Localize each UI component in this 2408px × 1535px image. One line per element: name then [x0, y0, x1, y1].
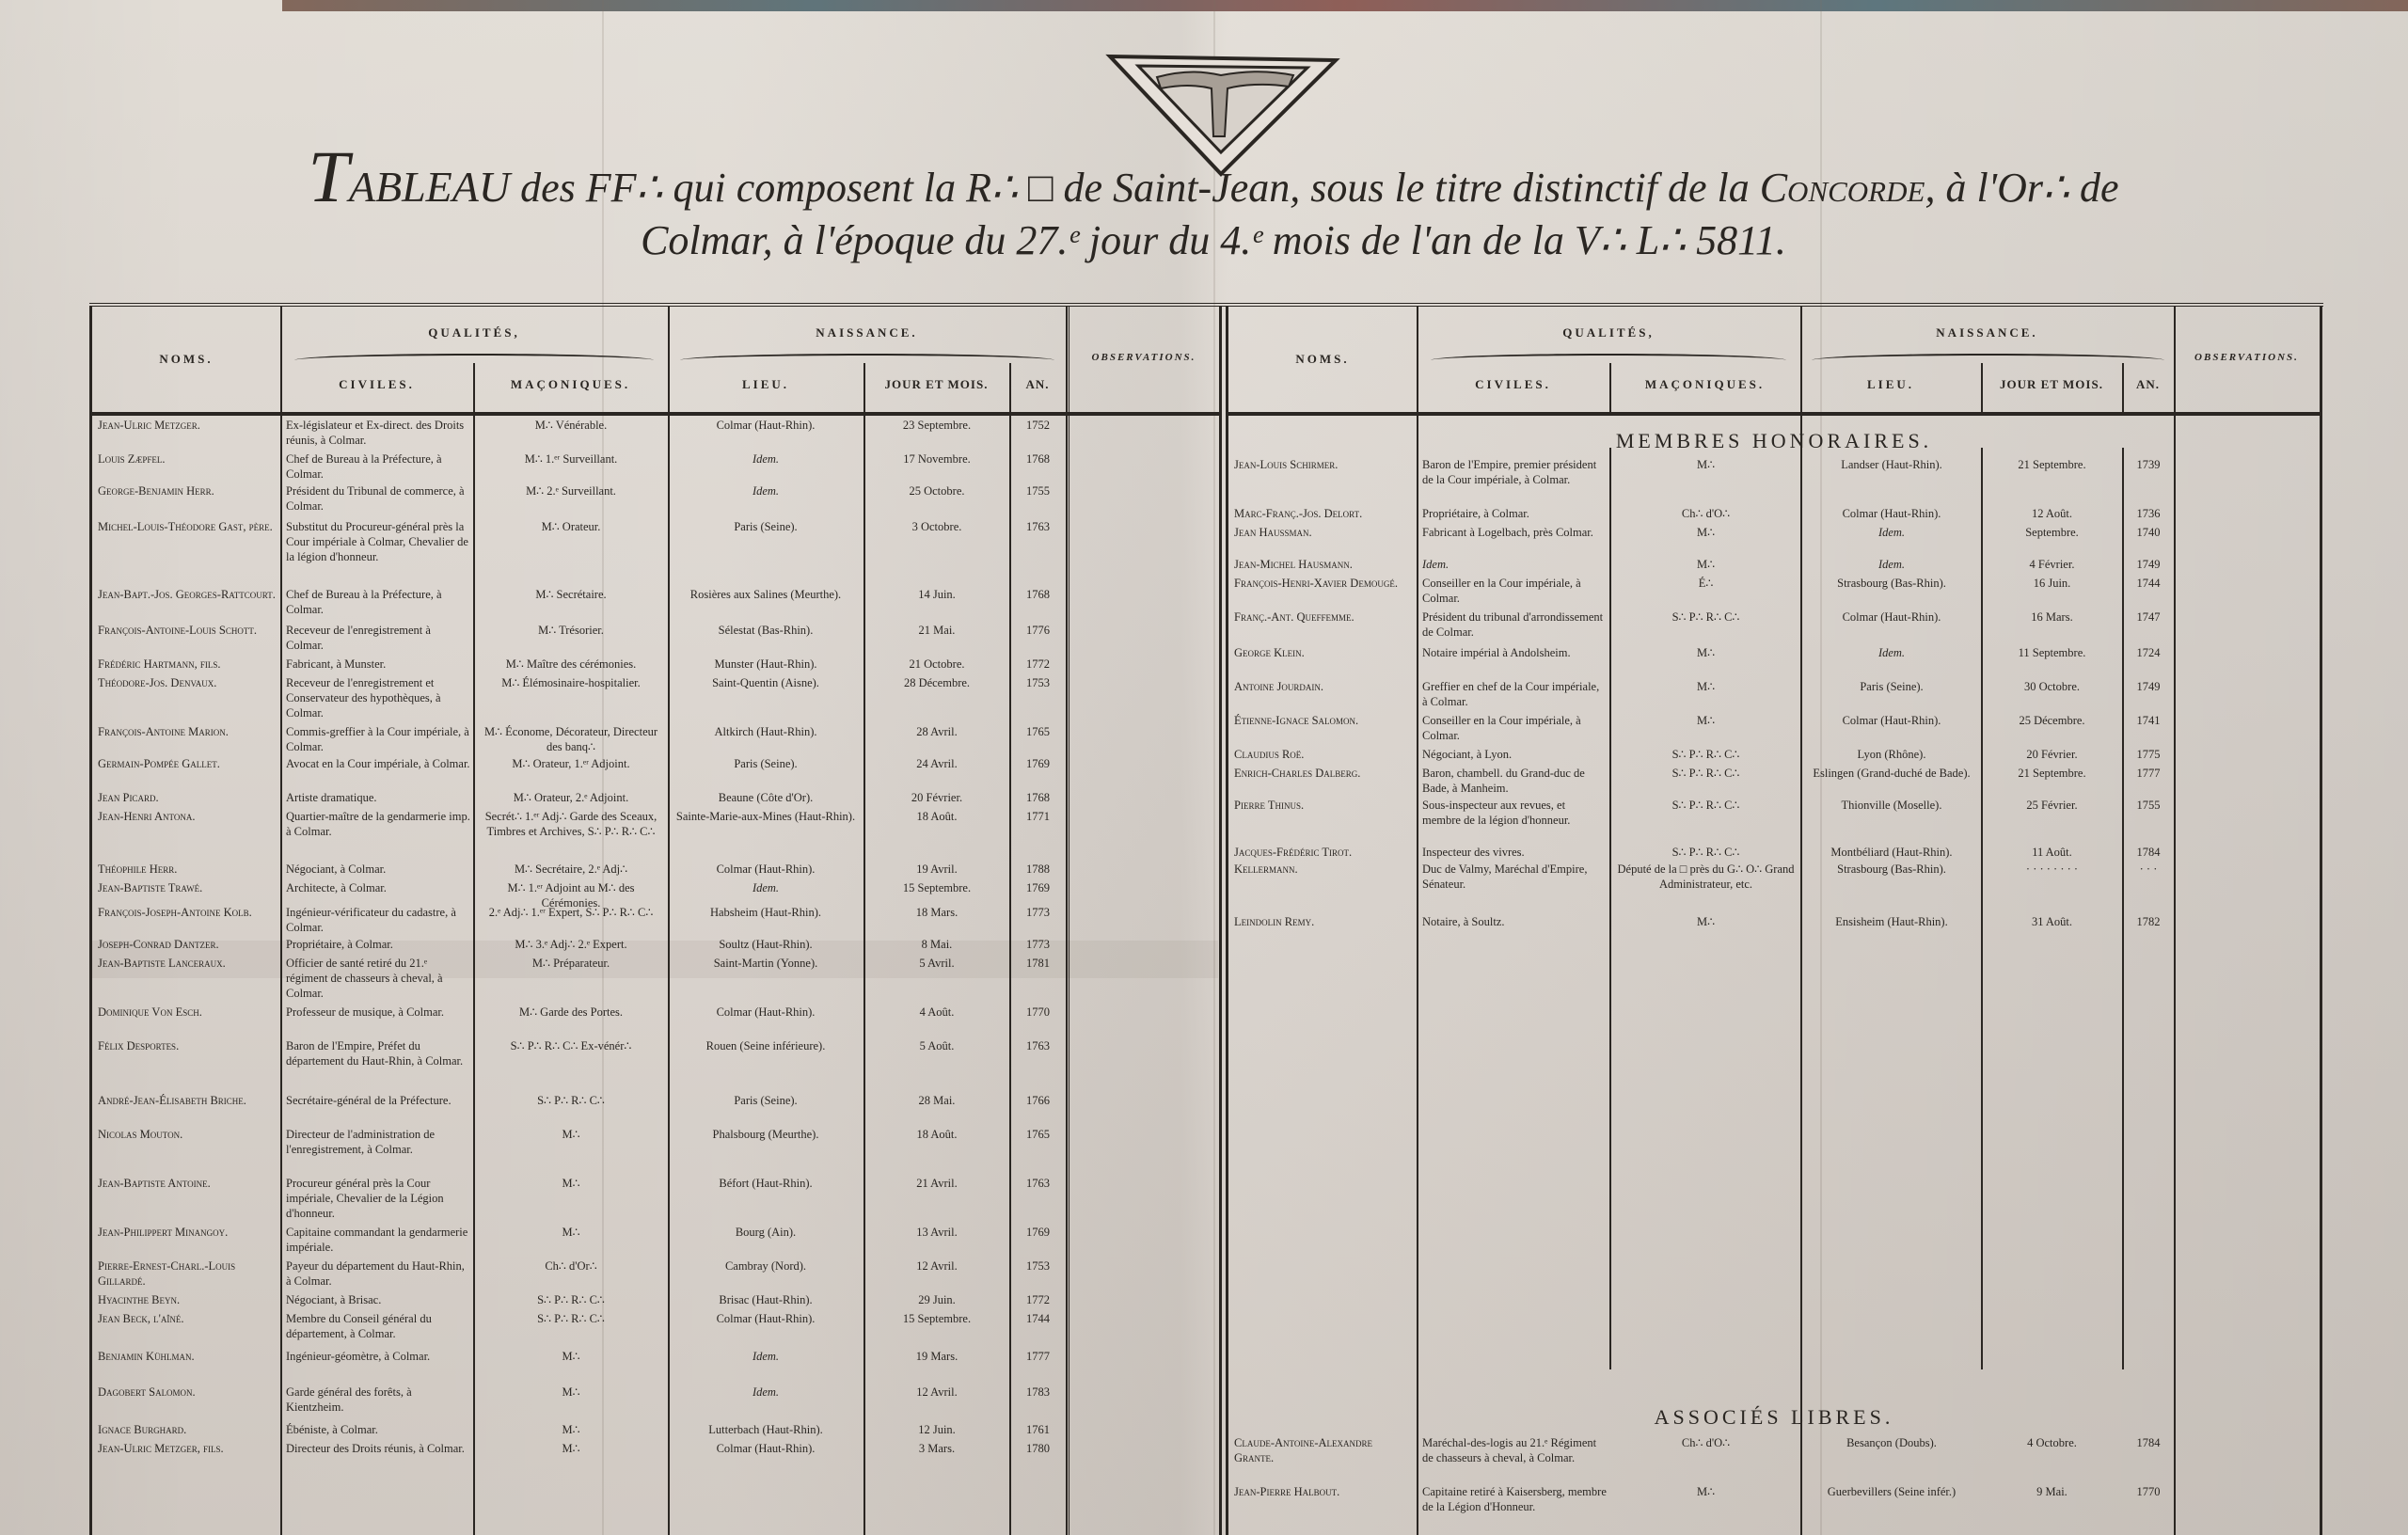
cell-civiles: Membre du Conseil général du département…	[286, 1311, 470, 1341]
cell-civiles: Chef de Bureau à la Préfecture, à Colmar…	[286, 587, 470, 617]
cell-nom: Pierre-Ernest-Charl.-Louis Gillardé.	[98, 1258, 277, 1289]
cell-civiles: Ébéniste, à Colmar.	[286, 1422, 470, 1437]
header-lieu: LIEU.	[1800, 377, 1981, 392]
cell-maconiques: Ch∴ d'O∴	[1614, 1435, 1798, 1450]
cell-jour-mois: 15 Septembre.	[867, 1311, 1006, 1326]
cell-jour-mois: 13 Avril.	[867, 1225, 1006, 1240]
cell-jour-mois: 28 Décembre.	[867, 675, 1006, 690]
cell-lieu: Ensisheim (Haut-Rhin).	[1804, 914, 1979, 929]
cell-jour-mois: 25 Décembre.	[1985, 713, 2119, 728]
cell-an: 1777	[1012, 1349, 1064, 1364]
cell-nom: Marc-Franç.-Jos. Delort.	[1234, 506, 1415, 521]
header-civiles: CIVILES.	[280, 377, 473, 392]
cell-lieu: Landser (Haut-Rhin).	[1804, 457, 1979, 472]
cell-nom: Théophile Herr.	[98, 862, 277, 877]
title-line-2: Colmar, à l'époque du 27.ᵉ jour du 4.ᵉ m…	[94, 214, 2333, 267]
cell-nom: Antoine Jourdain.	[1234, 679, 1415, 694]
cell-maconiques: Député de la □ près du G∴ O∴ Grand Admin…	[1614, 862, 1798, 892]
cell-jour-mois: 18 Août.	[867, 1127, 1006, 1142]
header-naissance: NAISSANCE.	[668, 325, 1066, 340]
cell-jour-mois: 14 Juin.	[867, 587, 1006, 602]
cell-maconiques: M∴ 2.ᵉ Surveillant.	[478, 483, 664, 498]
cell-maconiques: M∴	[1614, 557, 1798, 572]
cell-jour-mois: 3 Octobre.	[867, 519, 1006, 534]
cell-civiles: Propriétaire, à Colmar.	[1422, 506, 1607, 521]
cell-maconiques: M∴ Orateur.	[478, 519, 664, 534]
cell-nom: Jacques-Frédéric Tirot.	[1234, 845, 1415, 860]
cell-nom: Jean-Michel Hausmann.	[1234, 557, 1415, 572]
cell-civiles: Professeur de musique, à Colmar.	[286, 1005, 470, 1020]
cell-an: 1775	[2125, 747, 2172, 762]
cell-jour-mois: 12 Août.	[1985, 506, 2119, 521]
cell-lieu: Colmar (Haut-Rhin).	[1804, 713, 1979, 728]
cell-jour-mois: 19 Mars.	[867, 1349, 1006, 1364]
cell-maconiques: S∴ P∴ R∴ C∴	[1614, 747, 1798, 762]
cell-nom: Enrich-Charles Dalberg.	[1234, 766, 1415, 781]
cell-civiles: Chef de Bureau à la Préfecture, à Colmar…	[286, 451, 470, 482]
table-left-half: NOMS. QUALITÉS, CIVILES. MAÇONIQUES. NAI…	[89, 307, 1222, 1535]
cell-civiles: Receveur de l'enregistrement à Colmar.	[286, 623, 470, 653]
cell-an: 1784	[2125, 1435, 2172, 1450]
cell-jour-mois: 21 Avril.	[867, 1176, 1006, 1191]
cell-civiles: Ingénieur-géomètre, à Colmar.	[286, 1349, 470, 1364]
table-header-left: NOMS. QUALITÉS, CIVILES. MAÇONIQUES. NAI…	[92, 307, 1219, 416]
cell-civiles: Substitut du Procureur-général près la C…	[286, 519, 470, 564]
cell-maconiques: S∴ P∴ R∴ C∴	[1614, 798, 1798, 813]
cell-nom: François-Antoine-Louis Schott.	[98, 623, 277, 638]
section-title-associes: ASSOCIÉS LIBRES.	[1228, 1405, 2320, 1430]
cell-nom: André-Jean-Élisabeth Briche.	[98, 1093, 277, 1108]
cell-nom: Louis Zæpfel.	[98, 451, 277, 467]
cell-an: 1724	[2125, 645, 2172, 660]
cell-an: · · ·	[2125, 862, 2172, 877]
cell-an: 1769	[1012, 880, 1064, 895]
cell-jour-mois: 30 Octobre.	[1985, 679, 2119, 694]
cell-nom: Germain-Pompée Gallet.	[98, 756, 277, 771]
cell-nom: Joseph-Conrad Dantzer.	[98, 937, 277, 952]
cell-maconiques: S∴ P∴ R∴ C∴ Ex-vénér∴	[478, 1038, 664, 1053]
cell-civiles: Fabricant à Logelbach, près Colmar.	[1422, 525, 1607, 540]
cell-an: 1741	[2125, 713, 2172, 728]
cell-an: 1752	[1012, 418, 1064, 433]
cell-maconiques: M∴ Maître des cérémonies.	[478, 657, 664, 672]
cell-jour-mois: 12 Avril.	[867, 1258, 1006, 1274]
cell-maconiques: Ch∴ d'Or∴	[478, 1258, 664, 1274]
cell-maconiques: Ch∴ d'O∴	[1614, 506, 1798, 521]
cell-civiles: Ex-législateur et Ex-direct. des Droits …	[286, 418, 470, 448]
cell-jour-mois: 8 Mai.	[867, 937, 1006, 952]
cell-an: 1772	[1012, 1292, 1064, 1307]
header-qualites: QUALITÉS,	[1417, 325, 1800, 340]
cell-lieu: Colmar (Haut-Rhin).	[672, 1441, 860, 1456]
cell-nom: Félix Desportes.	[98, 1038, 277, 1053]
cell-lieu: Strasbourg (Bas-Rhin).	[1804, 576, 1979, 591]
cell-jour-mois: 20 Février.	[867, 790, 1006, 805]
members-table: NOMS. QUALITÉS, CIVILES. MAÇONIQUES. NAI…	[89, 303, 2323, 1535]
header-jour-mois: JOUR ET MOIS.	[863, 377, 1009, 392]
cell-civiles: Garde général des forêts, à Kientzheim.	[286, 1385, 470, 1415]
cell-maconiques: M∴ Garde des Portes.	[478, 1005, 664, 1020]
cell-lieu: Beaune (Côte d'Or).	[672, 790, 860, 805]
cell-jour-mois: 5 Août.	[867, 1038, 1006, 1053]
cell-an: 1739	[2125, 457, 2172, 472]
cell-nom: Jean Haussman.	[1234, 525, 1415, 540]
header-an: AN.	[1009, 377, 1066, 392]
cell-jour-mois: 9 Mai.	[1985, 1484, 2119, 1499]
header-lieu: LIEU.	[668, 377, 863, 392]
cell-lieu: Rouen (Seine inférieure).	[672, 1038, 860, 1053]
cell-maconiques: S∴ P∴ R∴ C∴	[478, 1311, 664, 1326]
section-title-honoraires: MEMBRES HONORAIRES.	[1228, 429, 2320, 453]
cell-jour-mois: 18 Août.	[867, 809, 1006, 824]
cell-lieu: Lutterbach (Haut-Rhin).	[672, 1422, 860, 1437]
cell-jour-mois: 20 Février.	[1985, 747, 2119, 762]
cell-lieu: Colmar (Haut-Rhin).	[672, 1311, 860, 1326]
header-noms: NOMS.	[1228, 352, 1417, 367]
cell-jour-mois: 23 Septembre.	[867, 418, 1006, 433]
cell-jour-mois: 3 Mars.	[867, 1441, 1006, 1456]
cell-an: 1736	[2125, 506, 2172, 521]
cell-lieu: Idem.	[672, 1385, 860, 1400]
cell-civiles: Négociant, à Lyon.	[1422, 747, 1607, 762]
cell-maconiques: M∴ Orateur, 2.ᵉ Adjoint.	[478, 790, 664, 805]
cell-jour-mois: 24 Avril.	[867, 756, 1006, 771]
cell-maconiques: M∴ Élémosinaire-hospitalier.	[478, 675, 664, 690]
cell-nom: Théodore-Jos. Denvaux.	[98, 675, 277, 690]
cell-jour-mois: 15 Septembre.	[867, 880, 1006, 895]
cell-nom: George-Benjamin Herr.	[98, 483, 277, 498]
brace-decoration	[680, 354, 1054, 367]
header-observations: OBSERVATIONS.	[1069, 352, 1219, 363]
cell-an: 1755	[2125, 798, 2172, 813]
cell-maconiques: M∴ Vénérable.	[478, 418, 664, 433]
cell-jour-mois: 17 Novembre.	[867, 451, 1006, 467]
header-civiles: CIVILES.	[1417, 377, 1609, 392]
cell-maconiques: Secrét∴ 1.ᵉʳ Adj∴ Garde des Sceaux, Timb…	[478, 809, 664, 839]
cell-nom: Jean-Bapt.-Jos. Georges-Rattcourt.	[98, 587, 277, 602]
cell-civiles: Idem.	[1422, 557, 1607, 572]
cell-civiles: Président du tribunal d'arrondissement d…	[1422, 609, 1607, 640]
cell-nom: Claudius Roë.	[1234, 747, 1415, 762]
cell-nom: Jean-Ulric Metzger.	[98, 418, 277, 433]
cell-civiles: Commis-greffier à la Cour impériale, à C…	[286, 724, 470, 754]
header-maconiques: MAÇONIQUES.	[473, 377, 668, 392]
cell-lieu: Strasbourg (Bas-Rhin).	[1804, 862, 1979, 877]
cell-jour-mois: 25 Octobre.	[867, 483, 1006, 498]
cell-lieu: Rosières aux Salines (Meurthe).	[672, 587, 860, 602]
cell-an: 1769	[1012, 756, 1064, 771]
cell-nom: Jean-Philippert Minangoy.	[98, 1225, 277, 1240]
cell-lieu: Idem.	[1804, 645, 1979, 660]
cell-nom: Frédéric Hartmann, fils.	[98, 657, 277, 672]
header-noms: NOMS.	[92, 352, 280, 367]
cell-nom: François-Antoine Marion.	[98, 724, 277, 739]
cell-jour-mois: 18 Mars.	[867, 905, 1006, 920]
cell-maconiques: M∴	[478, 1225, 664, 1240]
cell-jour-mois: 21 Mai.	[867, 623, 1006, 638]
brace-decoration	[1431, 354, 1786, 367]
cell-lieu: Sainte-Marie-aux-Mines (Haut-Rhin).	[672, 809, 860, 824]
cell-lieu: Paris (Seine).	[672, 519, 860, 534]
cell-nom: Jean Picard.	[98, 790, 277, 805]
cell-lieu: Idem.	[1804, 525, 1979, 540]
table-right-half: NOMS. QUALITÉS, CIVILES. MAÇONIQUES. NAI…	[1226, 307, 2322, 1535]
header-qualites: QUALITÉS,	[280, 325, 668, 340]
cell-civiles: Baron, chambell. du Grand-duc de Bade, à…	[1422, 766, 1607, 796]
cell-civiles: Secrétaire-général de la Préfecture.	[286, 1093, 470, 1108]
cell-nom: Ignace Burghard.	[98, 1422, 277, 1437]
cell-an: 1765	[1012, 724, 1064, 739]
cell-maconiques: M∴	[478, 1422, 664, 1437]
cell-civiles: Ingénieur-vérificateur du cadastre, à Co…	[286, 905, 470, 935]
cell-lieu: Phalsbourg (Meurthe).	[672, 1127, 860, 1142]
cell-an: 1753	[1012, 675, 1064, 690]
header-jour-mois: JOUR ET MOIS.	[1981, 377, 2122, 392]
cell-nom: François-Henri-Xavier Demougé.	[1234, 576, 1415, 591]
cell-maconiques: S∴ P∴ R∴ C∴	[1614, 609, 1798, 625]
cell-lieu: Montbéliard (Haut-Rhin).	[1804, 845, 1979, 860]
cell-an: 1763	[1012, 519, 1064, 534]
cell-lieu: Colmar (Haut-Rhin).	[672, 1005, 860, 1020]
cell-civiles: Payeur du département du Haut-Rhin, à Co…	[286, 1258, 470, 1289]
cell-jour-mois: 12 Juin.	[867, 1422, 1006, 1437]
cell-lieu: Idem.	[1804, 557, 1979, 572]
cell-lieu: Altkirch (Haut-Rhin).	[672, 724, 860, 739]
cell-nom: Claude-Antoine-Alexandre Grante.	[1234, 1435, 1415, 1465]
cell-lieu: Lyon (Rhône).	[1804, 747, 1979, 762]
cell-nom: Jean Beck, l'aîné.	[98, 1311, 277, 1326]
cell-an: 1740	[2125, 525, 2172, 540]
cell-lieu: Saint-Martin (Yonne).	[672, 956, 860, 971]
cell-civiles: Négociant, à Colmar.	[286, 862, 470, 877]
cell-nom: Dagobert Salomon.	[98, 1385, 277, 1400]
cell-jour-mois: 4 Octobre.	[1985, 1435, 2119, 1450]
cell-an: 1749	[2125, 557, 2172, 572]
cell-an: 1780	[1012, 1441, 1064, 1456]
cell-an: 1744	[2125, 576, 2172, 591]
cell-civiles: Maréchal-des-logis au 21.ᵉ Régiment de c…	[1422, 1435, 1607, 1465]
cell-lieu: Béfort (Haut-Rhin).	[672, 1176, 860, 1191]
cell-an: 1766	[1012, 1093, 1064, 1108]
cell-lieu: Thionville (Moselle).	[1804, 798, 1979, 813]
cell-maconiques: M∴ Secrétaire, 2.ᵉ Adj∴	[478, 862, 664, 877]
cell-maconiques: M∴ Secrétaire.	[478, 587, 664, 602]
cell-civiles: Négociant, à Brisac.	[286, 1292, 470, 1307]
cell-lieu: Idem.	[672, 880, 860, 895]
cell-nom: Jean-Baptiste Lanceraux.	[98, 956, 277, 971]
cell-jour-mois: 16 Juin.	[1985, 576, 2119, 591]
cell-nom: François-Joseph-Antoine Kolb.	[98, 905, 277, 920]
cell-an: 1769	[1012, 1225, 1064, 1240]
table-header-right: NOMS. QUALITÉS, CIVILES. MAÇONIQUES. NAI…	[1228, 307, 2320, 416]
cell-jour-mois: 12 Avril.	[867, 1385, 1006, 1400]
cell-lieu: Colmar (Haut-Rhin).	[672, 418, 860, 433]
cell-lieu: Guerbevillers (Seine infér.)	[1804, 1484, 1979, 1499]
cell-civiles: Conseiller en la Cour impériale, à Colma…	[1422, 576, 1607, 606]
cell-nom: Hyacinthe Beyn.	[98, 1292, 277, 1307]
cell-civiles: Artiste dramatique.	[286, 790, 470, 805]
cell-jour-mois: 28 Mai.	[867, 1093, 1006, 1108]
cell-nom: Franç.-Ant. Queffemme.	[1234, 609, 1415, 625]
cell-jour-mois: 21 Octobre.	[867, 657, 1006, 672]
cell-nom: Dominique Von Esch.	[98, 1005, 277, 1020]
cell-an: 1773	[1012, 905, 1064, 920]
cell-an: 1783	[1012, 1385, 1064, 1400]
cell-maconiques: S∴ P∴ R∴ C∴	[1614, 845, 1798, 860]
cell-civiles: Receveur de l'enregistrement et Conserva…	[286, 675, 470, 720]
cell-nom: Étienne-Ignace Salomon.	[1234, 713, 1415, 728]
cell-maconiques: É∴	[1614, 576, 1798, 591]
cell-an: 1770	[1012, 1005, 1064, 1020]
cell-nom: Kellermann.	[1234, 862, 1415, 877]
top-fabric-edge	[282, 0, 2408, 11]
cell-lieu: Soultz (Haut-Rhin).	[672, 937, 860, 952]
title-line-1: TABLEAU des FF∴ qui composent la R∴ □ de…	[94, 150, 2333, 214]
cell-maconiques: M∴	[1614, 1484, 1798, 1499]
cell-an: 1763	[1012, 1176, 1064, 1191]
cell-civiles: Duc de Valmy, Maréchal d'Empire, Sénateu…	[1422, 862, 1607, 892]
cell-jour-mois: 21 Septembre.	[1985, 457, 2119, 472]
cell-lieu: Paris (Seine).	[672, 1093, 860, 1108]
cell-an: 1770	[2125, 1484, 2172, 1499]
cell-an: 1784	[2125, 845, 2172, 860]
cell-an: 1768	[1012, 451, 1064, 467]
cell-an: 1761	[1012, 1422, 1064, 1437]
cell-nom: George Klein.	[1234, 645, 1415, 660]
cell-civiles: Sous-inspecteur aux revues, et membre de…	[1422, 798, 1607, 828]
cell-nom: Jean-Pierre Halbout.	[1234, 1484, 1415, 1499]
cell-maconiques: M∴	[1614, 457, 1798, 472]
cell-lieu: Besançon (Doubs).	[1804, 1435, 1979, 1450]
cell-lieu: Brisac (Haut-Rhin).	[672, 1292, 860, 1307]
cell-jour-mois: 21 Septembre.	[1985, 766, 2119, 781]
header-naissance: NAISSANCE.	[1800, 325, 2174, 340]
cell-jour-mois: 28 Avril.	[867, 724, 1006, 739]
cell-civiles: Directeur de l'administration de l'enreg…	[286, 1127, 470, 1157]
cell-jour-mois: 4 Février.	[1985, 557, 2119, 572]
cell-jour-mois: 16 Mars.	[1985, 609, 2119, 625]
cell-civiles: Avocat en la Cour impériale, à Colmar.	[286, 756, 470, 771]
cell-maconiques: S∴ P∴ R∴ C∴	[478, 1292, 664, 1307]
cell-lieu: Habsheim (Haut-Rhin).	[672, 905, 860, 920]
cell-jour-mois: 19 Avril.	[867, 862, 1006, 877]
cell-jour-mois: 25 Février.	[1985, 798, 2119, 813]
cell-lieu: Saint-Quentin (Aisne).	[672, 675, 860, 690]
cell-an: 1777	[2125, 766, 2172, 781]
cell-an: 1773	[1012, 937, 1064, 952]
cell-an: 1782	[2125, 914, 2172, 929]
cell-civiles: Architecte, à Colmar.	[286, 880, 470, 895]
cell-nom: Pierre Thinus.	[1234, 798, 1415, 813]
cell-an: 1768	[1012, 790, 1064, 805]
cell-civiles: Fabricant, à Munster.	[286, 657, 470, 672]
cell-maconiques: M∴	[1614, 914, 1798, 929]
cell-maconiques: M∴	[478, 1349, 664, 1364]
cell-maconiques: M∴ Préparateur.	[478, 956, 664, 971]
cell-an: 1771	[1012, 809, 1064, 824]
cell-maconiques: M∴ Économe, Décorateur, Directeur des ba…	[478, 724, 664, 754]
cell-nom: Michel-Louis-Théodore Gast, père.	[98, 519, 277, 534]
cell-civiles: Inspecteur des vivres.	[1422, 845, 1607, 860]
header-maconiques: MAÇONIQUES.	[1609, 377, 1800, 392]
cell-an: 1772	[1012, 657, 1064, 672]
cell-civiles: Baron de l'Empire, premier président de …	[1422, 457, 1607, 487]
cell-civiles: Notaire impérial à Andolsheim.	[1422, 645, 1607, 660]
cell-maconiques: M∴	[478, 1176, 664, 1191]
cell-lieu: Idem.	[672, 1349, 860, 1364]
cell-civiles: Quartier-maître de la gendarmerie imp. à…	[286, 809, 470, 839]
cell-maconiques: M∴ 1.ᵉʳ Surveillant.	[478, 451, 664, 467]
cell-maconiques: M∴ 3.ᵉ Adj∴ 2.ᵉ Expert.	[478, 937, 664, 952]
cell-civiles: Baron de l'Empire, Préfet du département…	[286, 1038, 470, 1068]
document-title: TABLEAU des FF∴ qui composent la R∴ □ de…	[94, 150, 2333, 267]
cell-jour-mois: 11 Septembre.	[1985, 645, 2119, 660]
cell-nom: Leindolin Remy.	[1234, 914, 1415, 929]
cell-civiles: Directeur des Droits réunis, à Colmar.	[286, 1441, 470, 1456]
cell-lieu: Bourg (Ain).	[672, 1225, 860, 1240]
cell-nom: Jean-Ulric Metzger, fils.	[98, 1441, 277, 1456]
cell-maconiques: M∴ Trésorier.	[478, 623, 664, 638]
cell-maconiques: 2.ᵉ Adj∴ 1.ᵉʳ Expert, S∴ P∴ R∴ C∴	[478, 905, 664, 920]
header-observations: OBSERVATIONS.	[2174, 352, 2320, 363]
cell-an: 1747	[2125, 609, 2172, 625]
cell-nom: Jean-Baptiste Trawé.	[98, 880, 277, 895]
cell-an: 1788	[1012, 862, 1064, 877]
cell-lieu: Eslingen (Grand-duché de Bade).	[1804, 766, 1979, 781]
cell-lieu: Idem.	[672, 483, 860, 498]
cell-civiles: Notaire, à Soultz.	[1422, 914, 1607, 929]
cell-maconiques: M∴	[1614, 645, 1798, 660]
cell-lieu: Colmar (Haut-Rhin).	[1804, 506, 1979, 521]
cell-maconiques: S∴ P∴ R∴ C∴	[1614, 766, 1798, 781]
cell-jour-mois: 5 Avril.	[867, 956, 1006, 971]
cell-an: 1776	[1012, 623, 1064, 638]
cell-an: 1755	[1012, 483, 1064, 498]
cell-jour-mois: Septembre.	[1985, 525, 2119, 540]
cell-civiles: Procureur général près la Cour impériale…	[286, 1176, 470, 1221]
cell-nom: Jean-Henri Antona.	[98, 809, 277, 824]
cell-maconiques: M∴	[478, 1441, 664, 1456]
cell-jour-mois: 31 Août.	[1985, 914, 2119, 929]
cell-maconiques: M∴	[478, 1127, 664, 1142]
cell-lieu: Cambray (Nord).	[672, 1258, 860, 1274]
cell-civiles: Capitaine retiré à Kaisersberg, membre d…	[1422, 1484, 1607, 1514]
cell-civiles: Président du Tribunal de commerce, à Col…	[286, 483, 470, 514]
cell-an: 1763	[1012, 1038, 1064, 1053]
cell-jour-mois: 11 Août.	[1985, 845, 2119, 860]
cell-an: 1765	[1012, 1127, 1064, 1142]
cell-nom: Benjamin Kühlman.	[98, 1349, 277, 1364]
cell-lieu: Sélestat (Bas-Rhin).	[672, 623, 860, 638]
cell-an: 1749	[2125, 679, 2172, 694]
cell-maconiques: M∴	[1614, 525, 1798, 540]
brace-decoration	[1812, 354, 2164, 367]
cell-nom: Jean-Baptiste Antoine.	[98, 1176, 277, 1191]
cell-lieu: Idem.	[672, 451, 860, 467]
cell-jour-mois: 29 Juin.	[867, 1292, 1006, 1307]
cell-lieu: Munster (Haut-Rhin).	[672, 657, 860, 672]
cell-civiles: Conseiller en la Cour impériale, à Colma…	[1422, 713, 1607, 743]
cell-maconiques: M∴	[478, 1385, 664, 1400]
cell-lieu: Paris (Seine).	[672, 756, 860, 771]
cell-civiles: Officier de santé retiré du 21.ᵉ régimen…	[286, 956, 470, 1001]
cell-jour-mois: · · · · · · · ·	[1985, 862, 2119, 877]
cell-an: 1753	[1012, 1258, 1064, 1274]
cell-lieu: Colmar (Haut-Rhin).	[672, 862, 860, 877]
cell-maconiques: S∴ P∴ R∴ C∴	[478, 1093, 664, 1108]
header-an: AN.	[2122, 377, 2174, 392]
cell-lieu: Colmar (Haut-Rhin).	[1804, 609, 1979, 625]
